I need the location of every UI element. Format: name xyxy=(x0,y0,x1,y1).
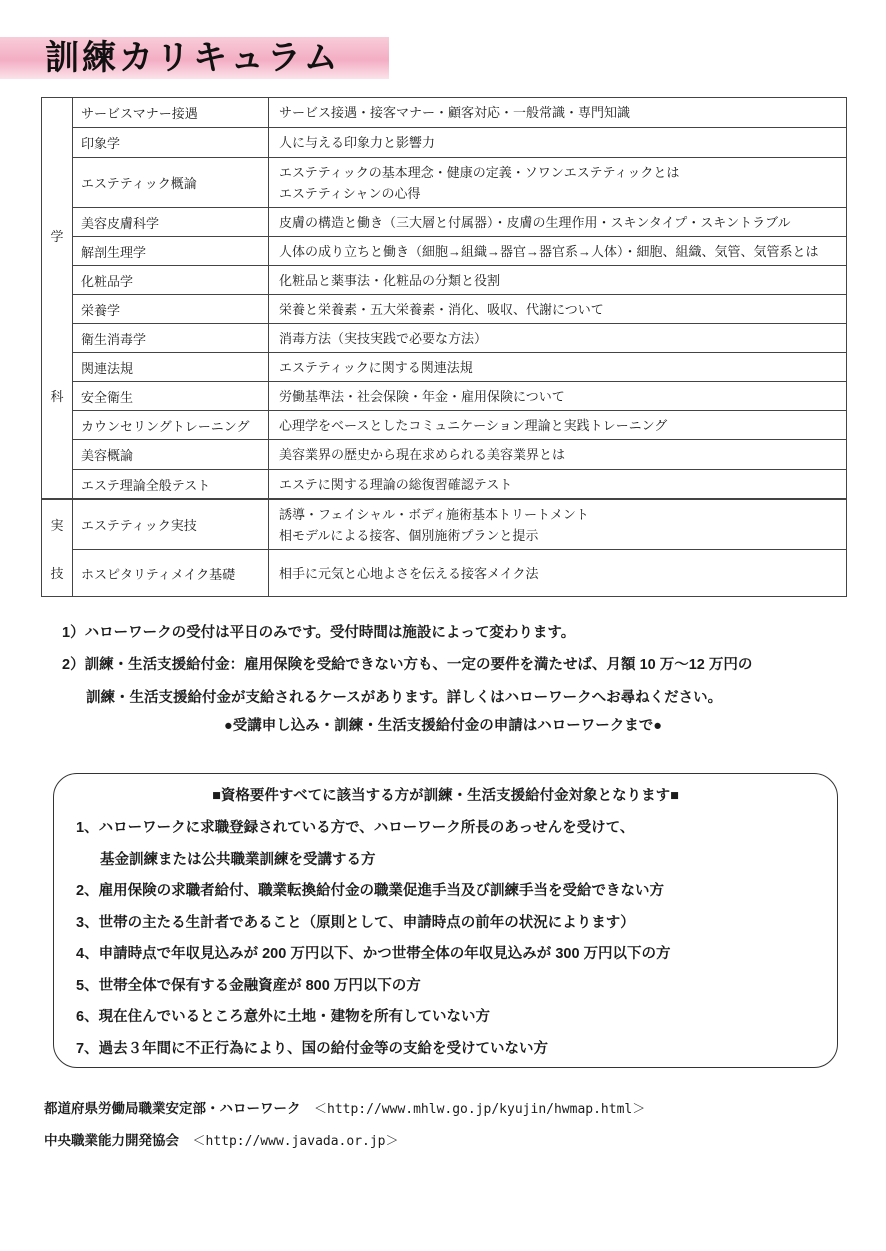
desc-line: 相モデルによる接客、個別施術プランと提示 xyxy=(279,525,846,546)
subject-cell: ホスピタリティメイク基礎 xyxy=(73,550,269,597)
subject-cell: 栄養学 xyxy=(73,295,269,324)
desc-line: エステに関する理論の総復習確認テスト xyxy=(279,474,846,495)
title-banner: 訓練カリキュラム xyxy=(0,37,389,79)
requirement-item-6: 6、現在住んでいるところ意外に土地・建物を所有していない方 xyxy=(54,1002,837,1034)
desc-line: 人体の成り立ちと働き（細胞→組織→器官→器官系→人体）・細胞、組織、気管、気管系… xyxy=(279,241,846,262)
group-char: 学 xyxy=(42,226,72,245)
desc-cell: 化粧品と薬事法・化粧品の分類と役割 xyxy=(269,266,847,295)
subject-cell: 解剖生理学 xyxy=(73,237,269,266)
subject-cell: 美容皮膚科学 xyxy=(73,208,269,237)
desc-line: エステティックの基本理念・健康の定義・ソワンエステティックとは xyxy=(279,162,846,183)
desc-cell: 心理学をベースとしたコミュニケーション理論と実践トレーニング xyxy=(269,411,847,440)
desc-line: サービス接遇・接客マナー・顧客対応・一般常識・専門知識 xyxy=(279,102,846,123)
requirement-item-5: 5、世帯全体で保有する金融資産が 800 万円以下の方 xyxy=(54,971,837,1003)
desc-line: 化粧品と薬事法・化粧品の分類と役割 xyxy=(279,270,846,291)
desc-cell: 人に与える印象力と影響力 xyxy=(269,128,847,158)
application-note: ●受講申し込み・訓練・生活支援給付金の申請はハローワークまで● xyxy=(0,718,886,735)
group-char: 科 xyxy=(42,386,72,405)
requirements-box: ■資格要件すべてに該当する方が訓練・生活支援給付金対象となります■ 1、ハローワ… xyxy=(53,773,838,1068)
desc-line: 相手に元気と心地よさを伝える接客メイク法 xyxy=(279,563,846,584)
desc-line: 消毒方法（実技実践で必要な方法） xyxy=(279,328,846,349)
group-char: 実 xyxy=(50,515,63,534)
desc-line: 皮膚の構造と働き（三大層と付属器）・皮膚の生理作用・スキンタイプ・スキントラブル xyxy=(279,212,846,233)
group-label-jitsugi: 実 技 xyxy=(42,500,73,597)
desc-cell: 美容業界の歴史から現在求められる美容業界とは xyxy=(269,440,847,470)
requirement-item-1: 1、ハローワークに求職登録されている方で、ハローワーク所長のあっせんを受けて、 xyxy=(54,813,837,845)
curriculum-table: 学 科 実 技 サービスマナー接遇 サービス接遇・接客マナー・顧客対応・一般常識… xyxy=(41,97,847,597)
note-1: 1）ハローワークの受付は平日のみです。受付時間は施設によって変わります。 xyxy=(62,625,575,642)
desc-cell: サービス接遇・接客マナー・顧客対応・一般常識・専門知識 xyxy=(269,98,847,128)
group-char: 技 xyxy=(50,563,63,582)
footer-line-1: 都道府県労働局職業安定部・ハローワーク ＜http://www.mhlw.go.… xyxy=(44,1100,645,1118)
desc-line: 栄養と栄養素・五大栄養素・消化、吸収、代謝について xyxy=(279,299,846,320)
desc-cell: 誘導・フェイシャル・ボディ施術基本トリートメント 相モデルによる接客、個別施術プ… xyxy=(269,500,847,550)
desc-cell: 相手に元気と心地よさを伝える接客メイク法 xyxy=(269,550,847,597)
subject-cell: カウンセリングトレーニング xyxy=(73,411,269,440)
document-page: 訓練カリキュラム 学 科 実 技 サービスマナー接遇 サービス接遇・接客マナー・… xyxy=(0,0,886,1251)
requirements-title: ■資格要件すべてに該当する方が訓練・生活支援給付金対象となります■ xyxy=(54,784,837,808)
subject-cell: 美容概論 xyxy=(73,440,269,470)
subject-cell: 化粧品学 xyxy=(73,266,269,295)
subject-cell: 安全衛生 xyxy=(73,382,269,411)
subject-cell: エステティック概論 xyxy=(73,158,269,208)
page-title: 訓練カリキュラム xyxy=(0,37,389,79)
desc-cell: 労働基準法・社会保険・年金・雇用保険について xyxy=(269,382,847,411)
desc-line: 美容業界の歴史から現在求められる美容業界とは xyxy=(279,444,846,465)
subject-cell: 印象学 xyxy=(73,128,269,158)
javada-url: ＜http://www.javada.or.jp＞ xyxy=(193,1134,399,1149)
hellowork-url: ＜http://www.mhlw.go.jp/kyujin/hwmap.html… xyxy=(314,1102,645,1117)
javada-label: 中央職業能力開発協会 xyxy=(44,1133,193,1148)
footer-line-2: 中央職業能力開発協会 ＜http://www.javada.or.jp＞ xyxy=(44,1132,399,1150)
subject-cell: 関連法規 xyxy=(73,353,269,382)
desc-cell: 人体の成り立ちと働き（細胞→組織→器官→器官系→人体）・細胞、組織、気管、気管系… xyxy=(269,237,847,266)
requirement-item-3: 3、世帯の主たる生計者であること（原則として、申請時点の前年の状況によります） xyxy=(54,908,837,940)
desc-line: エステティックに関する関連法規 xyxy=(279,357,846,378)
requirement-item-1-cont: 基金訓練または公共職業訓練を受講する方 xyxy=(54,845,837,877)
group-label-gakka: 学 科 xyxy=(42,98,73,500)
note-2-line-1: 2）訓練・生活支援給付金：雇用保険を受給できない方も、一定の要件を満たせば、月額… xyxy=(62,657,752,674)
hellowork-label: 都道府県労働局職業安定部・ハローワーク xyxy=(44,1101,314,1116)
subject-cell: サービスマナー接遇 xyxy=(73,98,269,128)
desc-cell: エステに関する理論の総復習確認テスト xyxy=(269,470,847,500)
desc-cell: 皮膚の構造と働き（三大層と付属器）・皮膚の生理作用・スキンタイプ・スキントラブル xyxy=(269,208,847,237)
desc-line: 誘導・フェイシャル・ボディ施術基本トリートメント xyxy=(279,504,846,525)
requirement-item-7: 7、過去３年間に不正行為により、国の給付金等の支給を受けていない方 xyxy=(54,1034,837,1066)
subject-cell: 衛生消毒学 xyxy=(73,324,269,353)
note-2-line-2: 訓練・生活支援給付金が支給されるケースがあります。詳しくはハローワークへお尋ねく… xyxy=(86,690,722,707)
requirement-item-2: 2、雇用保険の求職者給付、職業転換給付金の職業促進手当及び訓練手当を受給できない… xyxy=(54,876,837,908)
desc-cell: 栄養と栄養素・五大栄養素・消化、吸収、代謝について xyxy=(269,295,847,324)
requirements-list: 1、ハローワークに求職登録されている方で、ハローワーク所長のあっせんを受けて、 … xyxy=(54,813,837,1065)
desc-cell: 消毒方法（実技実践で必要な方法） xyxy=(269,324,847,353)
desc-line: エステティシャンの心得 xyxy=(279,183,846,204)
subject-cell: エステティック実技 xyxy=(73,500,269,550)
desc-cell: エステティックの基本理念・健康の定義・ソワンエステティックとは エステティシャン… xyxy=(269,158,847,208)
subject-cell: エステ理論全般テスト xyxy=(73,470,269,500)
requirement-item-4: 4、申請時点で年収見込みが 200 万円以下、かつ世帯全体の年収見込みが 300… xyxy=(54,939,837,971)
desc-line: 心理学をベースとしたコミュニケーション理論と実践トレーニング xyxy=(279,415,846,436)
desc-line: 労働基準法・社会保険・年金・雇用保険について xyxy=(279,386,846,407)
desc-line: 人に与える印象力と影響力 xyxy=(279,132,846,153)
desc-cell: エステティックに関する関連法規 xyxy=(269,353,847,382)
